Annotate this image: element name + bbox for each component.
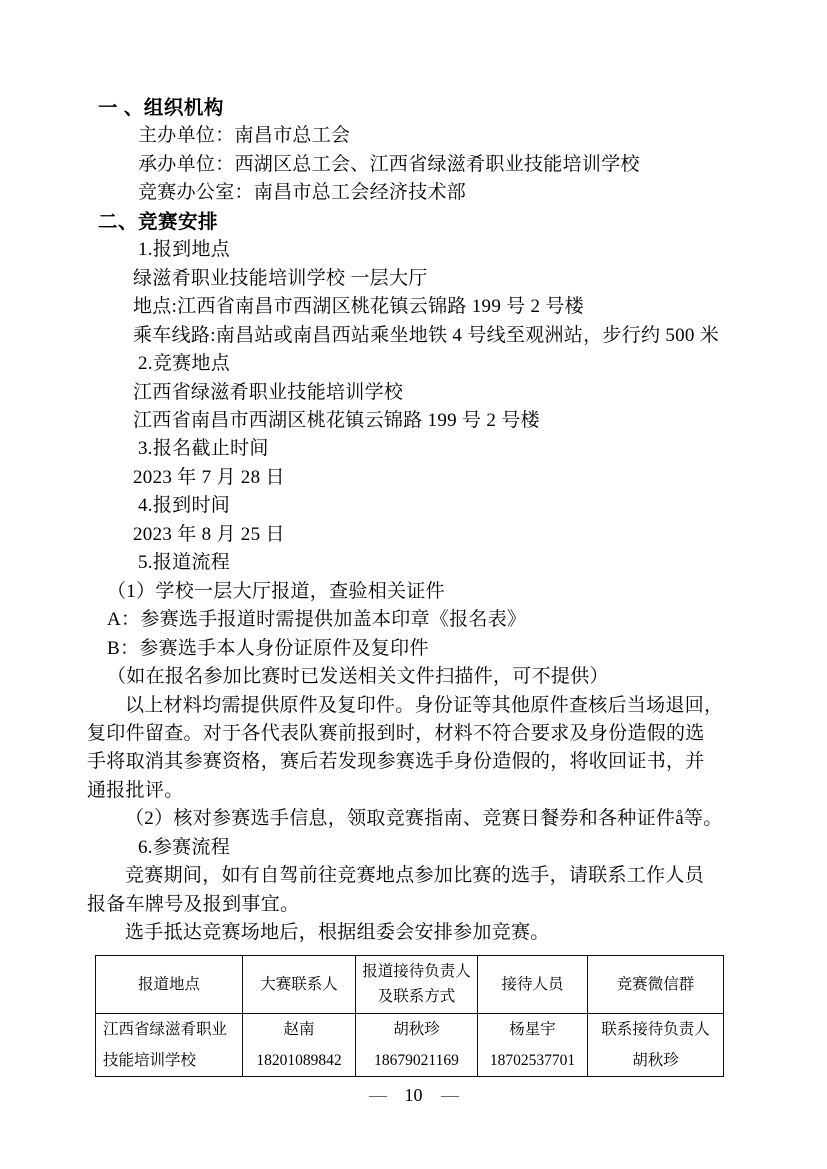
cell-line1: 联系接待负责人 — [588, 1014, 723, 1045]
line-venue-school: 江西省绿滋肴职业技能培训学校 — [87, 379, 763, 407]
contact-table: 报道地点 大赛联系人 报道接待负责人 及联系方式 接待人员 竞赛微信群 — [95, 955, 724, 1077]
header-label-line2: 及联系方式 — [356, 984, 477, 1009]
document-page: 一 、组织机构 主办单位：南昌市总工会 承办单位：西湖区总工会、江西省绿滋肴职业… — [0, 0, 827, 1169]
cell-checkin-place: 江西省绿滋肴职业 技能培训学校 — [96, 1013, 243, 1076]
header-label-line1: 报道接待负责人 — [356, 959, 477, 984]
cell-reception-staff: 杨星宇 18702537701 — [478, 1013, 588, 1076]
footer-dash-left: — — [369, 1085, 386, 1105]
header-checkin-place: 报道地点 — [96, 955, 243, 1013]
paragraph-materials-line-3: 手将取消其参赛资格，赛后若发现参赛选手身份造假的，将收回证书，并 — [87, 748, 763, 776]
cell-line2: 18679021169 — [356, 1045, 477, 1076]
cell-line1: 赵南 — [243, 1014, 355, 1045]
line-scan-note: （如在报名参加比赛时已发送相关文件扫描件，可不提供） — [87, 663, 763, 691]
header-contest-contact: 大赛联系人 — [243, 955, 356, 1013]
paragraph-materials-line-1: 以上材料均需提供原件及复印件。身份证等其他原件查核后当场退回， — [87, 692, 763, 720]
table-header-row: 报道地点 大赛联系人 报道接待负责人 及联系方式 接待人员 竞赛微信群 — [96, 955, 724, 1013]
line-process-step-2: （2）核对参赛选手信息，领取竞赛指南、竞赛日餐券和各种证件å等。 — [87, 805, 763, 833]
line-process-step-1: （1）学校一层大厅报道，查验相关证件 — [87, 578, 763, 606]
header-wechat-group: 竞赛微信群 — [588, 955, 724, 1013]
paragraph-driving-line-1: 竞赛期间，如有自驾前往竞赛地点参加比赛的选手，请联系工作人员 — [87, 862, 763, 890]
cell-line2: 18702537701 — [478, 1045, 587, 1076]
section-heading-organization: 一 、组织机构 — [87, 94, 763, 122]
item-6-participation-process: 6.参赛流程 — [87, 834, 763, 862]
line-venue-address: 江西省南昌市西湖区桃花镇云锦路 199 号 2 号楼 — [87, 407, 763, 435]
cell-line1: 胡秋珍 — [356, 1014, 477, 1045]
cell-line2: 胡秋珍 — [588, 1045, 723, 1076]
line-competition-office: 竞赛办公室：南昌市总工会经济技术部 — [87, 179, 763, 207]
line-requirement-a: A：参赛选手报道时需提供加盖本印章《报名表》 — [87, 606, 763, 634]
header-label: 竞赛微信群 — [588, 972, 723, 997]
cell-line1: 杨星宇 — [478, 1014, 587, 1045]
cell-line2: 技能培训学校 — [103, 1045, 242, 1076]
page-number: 10 — [405, 1085, 423, 1105]
line-organizer-unit: 承办单位：西湖区总工会、江西省绿滋肴职业技能培训学校 — [87, 151, 763, 179]
item-3-deadline: 3.报名截止时间 — [87, 435, 763, 463]
cell-wechat-group: 联系接待负责人 胡秋珍 — [588, 1013, 724, 1076]
cell-line2: 18201089842 — [243, 1045, 355, 1076]
paragraph-materials-line-4: 通报批评。 — [87, 777, 763, 805]
line-school-hall: 绿滋肴职业技能培训学校 一层大厅 — [87, 265, 763, 293]
table-row: 江西省绿滋肴职业 技能培训学校 赵南 18201089842 胡秋珍 18679… — [96, 1013, 724, 1076]
cell-contest-contact: 赵南 18201089842 — [243, 1013, 356, 1076]
cell-reception-lead: 胡秋珍 18679021169 — [356, 1013, 478, 1076]
document-body: 一 、组织机构 主办单位：南昌市总工会 承办单位：西湖区总工会、江西省绿滋肴职业… — [87, 94, 763, 1077]
line-checkin-date: 2023 年 8 月 25 日 — [87, 521, 763, 549]
section-heading-arrangement: 二、竞赛安排 — [87, 208, 763, 236]
header-reception-lead: 报道接待负责人 及联系方式 — [356, 955, 478, 1013]
header-reception-staff: 接待人员 — [478, 955, 588, 1013]
header-label: 报道地点 — [96, 972, 242, 997]
cell-line1: 江西省绿滋肴职业 — [103, 1014, 242, 1045]
item-2-venue: 2.竞赛地点 — [87, 350, 763, 378]
item-1-checkin-location: 1.报到地点 — [87, 236, 763, 264]
line-deadline-date: 2023 年 7 月 28 日 — [87, 464, 763, 492]
page-footer: — 10 — — [0, 1084, 827, 1106]
paragraph-materials-line-2: 复印件留查。对于各代表队赛前报到时，材料不符合要求及身份造假的选 — [87, 720, 763, 748]
line-address: 地点:江西省南昌市西湖区桃花镇云锦路 199 号 2 号楼 — [87, 293, 763, 321]
header-label: 接待人员 — [478, 972, 587, 997]
line-arrival-instruction: 选手抵达竞赛场地后，根据组委会安排参加竞赛。 — [87, 919, 763, 947]
line-requirement-b: B：参赛选手本人身份证原件及复印件 — [87, 635, 763, 663]
item-4-checkin-time: 4.报到时间 — [87, 492, 763, 520]
footer-dash-right: — — [441, 1085, 458, 1105]
line-host-unit: 主办单位：南昌市总工会 — [87, 122, 763, 150]
header-label: 大赛联系人 — [243, 972, 355, 997]
item-5-checkin-process: 5.报道流程 — [87, 549, 763, 577]
line-transit-route: 乘车线路:南昌站或南昌西站乘坐地铁 4 号线至观洲站，步行约 500 米 — [87, 322, 763, 350]
paragraph-driving-line-2: 报备车牌号及报到事宜。 — [87, 891, 763, 919]
